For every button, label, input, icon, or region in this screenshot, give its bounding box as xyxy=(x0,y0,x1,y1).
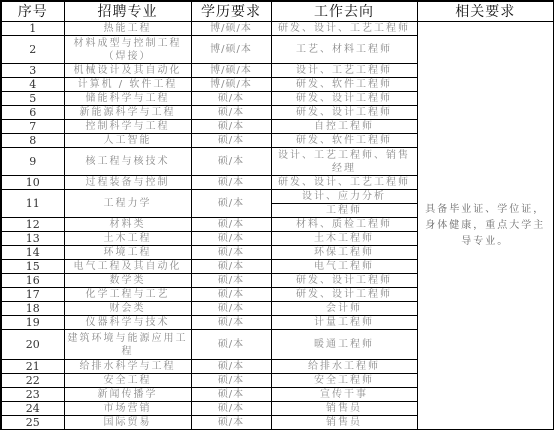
degree-cell: 硕/本 xyxy=(191,120,271,134)
major-cell: 建筑环境与能源应用工程 xyxy=(64,330,191,360)
major-cell: 安全工程 xyxy=(64,374,191,388)
major-cell: 储能科学与工程 xyxy=(64,92,191,106)
major-cell: 化学工程与工艺 xyxy=(64,288,191,302)
row-number: 23 xyxy=(1,388,64,402)
major-cell: 给排水科学与工程 xyxy=(64,360,191,374)
degree-cell: 硕/本 xyxy=(191,232,271,246)
job-cell: 给排水工程师 xyxy=(271,360,417,374)
degree-cell: 硕/本 xyxy=(191,218,271,232)
job-cell: 土木工程师 xyxy=(271,232,417,246)
job-cell: 销售员 xyxy=(271,416,417,430)
job-cell: 工程师 xyxy=(271,204,417,218)
row-number: 21 xyxy=(1,360,64,374)
job-cell: 计量工程师 xyxy=(271,316,417,330)
major-cell: 国际贸易 xyxy=(64,416,191,430)
header-job: 工作去向 xyxy=(271,1,417,22)
row-number: 4 xyxy=(1,78,64,92)
major-cell: 核工程与核技术 xyxy=(64,148,191,176)
job-cell: 研发、设计、工艺工程师 xyxy=(271,22,417,36)
job-cell: 研发、软件工程师 xyxy=(271,78,417,92)
recruitment-table: 序号 招聘专业 学历要求 工作去向 相关要求 1热能工程博/硕/本研发、设计、工… xyxy=(0,0,554,430)
major-cell: 电气工程及其自动化 xyxy=(64,260,191,274)
job-cell: 设计、工艺工程师、销售经理 xyxy=(271,148,417,176)
job-cell: 研发、设计工程师 xyxy=(271,106,417,120)
major-cell: 数学类 xyxy=(64,274,191,288)
major-cell: 热能工程 xyxy=(64,22,191,36)
header-major: 招聘专业 xyxy=(64,1,191,22)
job-cell: 工艺、材料工程师 xyxy=(271,36,417,64)
degree-cell: 硕/本 xyxy=(191,148,271,176)
job-cell: 安全工程师 xyxy=(271,374,417,388)
degree-cell: 博/硕/本 xyxy=(191,78,271,92)
row-number: 8 xyxy=(1,134,64,148)
header-no: 序号 xyxy=(1,1,64,22)
row-number: 25 xyxy=(1,416,64,430)
row-number: 3 xyxy=(1,64,64,78)
row-number: 24 xyxy=(1,402,64,416)
job-cell: 暖通工程师 xyxy=(271,330,417,360)
degree-cell: 博/硕/本 xyxy=(191,22,271,36)
major-cell: 机械设计及其自动化 xyxy=(64,64,191,78)
major-cell: 市场营销 xyxy=(64,402,191,416)
major-cell: 财会类 xyxy=(64,302,191,316)
job-cell: 宣传干事 xyxy=(271,388,417,402)
row-number: 9 xyxy=(1,148,64,176)
degree-cell: 硕/本 xyxy=(191,302,271,316)
major-cell: 新闻传播学 xyxy=(64,388,191,402)
header-degree: 学历要求 xyxy=(191,1,271,22)
table-row: 1热能工程博/硕/本研发、设计、工艺工程师具备毕业证、学位证，身体健康，重点大学… xyxy=(1,22,554,36)
row-number: 13 xyxy=(1,232,64,246)
degree-cell: 硕/本 xyxy=(191,274,271,288)
degree-cell: 博/硕/本 xyxy=(191,36,271,64)
degree-cell: 硕/本 xyxy=(191,106,271,120)
major-cell: 工程力学 xyxy=(64,190,191,218)
row-number: 15 xyxy=(1,260,64,274)
degree-cell: 硕/本 xyxy=(191,402,271,416)
job-cell: 设计、应力分析 xyxy=(271,190,417,204)
degree-cell: 硕/本 xyxy=(191,246,271,260)
major-cell: 控制科学与工程 xyxy=(64,120,191,134)
degree-cell: 硕/本 xyxy=(191,92,271,106)
major-cell: 仪器科学与技术 xyxy=(64,316,191,330)
row-number: 19 xyxy=(1,316,64,330)
degree-cell: 硕/本 xyxy=(191,190,271,218)
degree-cell: 硕/本 xyxy=(191,316,271,330)
row-number: 10 xyxy=(1,176,64,190)
degree-cell: 硕/本 xyxy=(191,330,271,360)
degree-cell: 硕/本 xyxy=(191,288,271,302)
row-number: 22 xyxy=(1,374,64,388)
job-cell: 设计、工艺工程师 xyxy=(271,64,417,78)
major-cell: 过程装备与控制 xyxy=(64,176,191,190)
degree-cell: 硕/本 xyxy=(191,176,271,190)
job-cell: 销售员 xyxy=(271,402,417,416)
degree-cell: 硕/本 xyxy=(191,134,271,148)
row-number: 12 xyxy=(1,218,64,232)
row-number: 14 xyxy=(1,246,64,260)
header-row: 序号 招聘专业 学历要求 工作去向 相关要求 xyxy=(1,1,554,22)
row-number: 1 xyxy=(1,22,64,36)
row-number: 20 xyxy=(1,330,64,360)
major-cell: 材料类 xyxy=(64,218,191,232)
job-cell: 材料、质检工程师 xyxy=(271,218,417,232)
job-cell: 研发、设计工程师 xyxy=(271,92,417,106)
major-cell: 人工智能 xyxy=(64,134,191,148)
row-number: 11 xyxy=(1,190,64,218)
degree-cell: 硕/本 xyxy=(191,416,271,430)
row-number: 17 xyxy=(1,288,64,302)
degree-cell: 硕/本 xyxy=(191,388,271,402)
row-number: 7 xyxy=(1,120,64,134)
row-number: 6 xyxy=(1,106,64,120)
row-number: 16 xyxy=(1,274,64,288)
degree-cell: 硕/本 xyxy=(191,260,271,274)
job-cell: 自控工程师 xyxy=(271,120,417,134)
major-cell: 材料成型与控制工程（焊接） xyxy=(64,36,191,64)
row-number: 18 xyxy=(1,302,64,316)
row-number: 5 xyxy=(1,92,64,106)
requirement-cell: 具备毕业证、学位证，身体健康，重点大学主导专业。 xyxy=(417,22,554,430)
degree-cell: 硕/本 xyxy=(191,374,271,388)
job-cell: 电气工程师 xyxy=(271,260,417,274)
job-cell: 研发、设计工程师 xyxy=(271,288,417,302)
major-cell: 计算机 / 软件工程 xyxy=(64,78,191,92)
major-cell: 环境工程 xyxy=(64,246,191,260)
job-cell: 研发、设计工程师 xyxy=(271,274,417,288)
header-requirement: 相关要求 xyxy=(417,1,554,22)
job-cell: 会计师 xyxy=(271,302,417,316)
major-cell: 新能源科学与工程 xyxy=(64,106,191,120)
job-cell: 研发、软件工程师 xyxy=(271,134,417,148)
job-cell: 研发、设计、工艺工程师 xyxy=(271,176,417,190)
job-cell: 环保工程师 xyxy=(271,246,417,260)
degree-cell: 硕/本 xyxy=(191,360,271,374)
row-number: 2 xyxy=(1,36,64,64)
degree-cell: 博/硕/本 xyxy=(191,64,271,78)
major-cell: 土木工程 xyxy=(64,232,191,246)
